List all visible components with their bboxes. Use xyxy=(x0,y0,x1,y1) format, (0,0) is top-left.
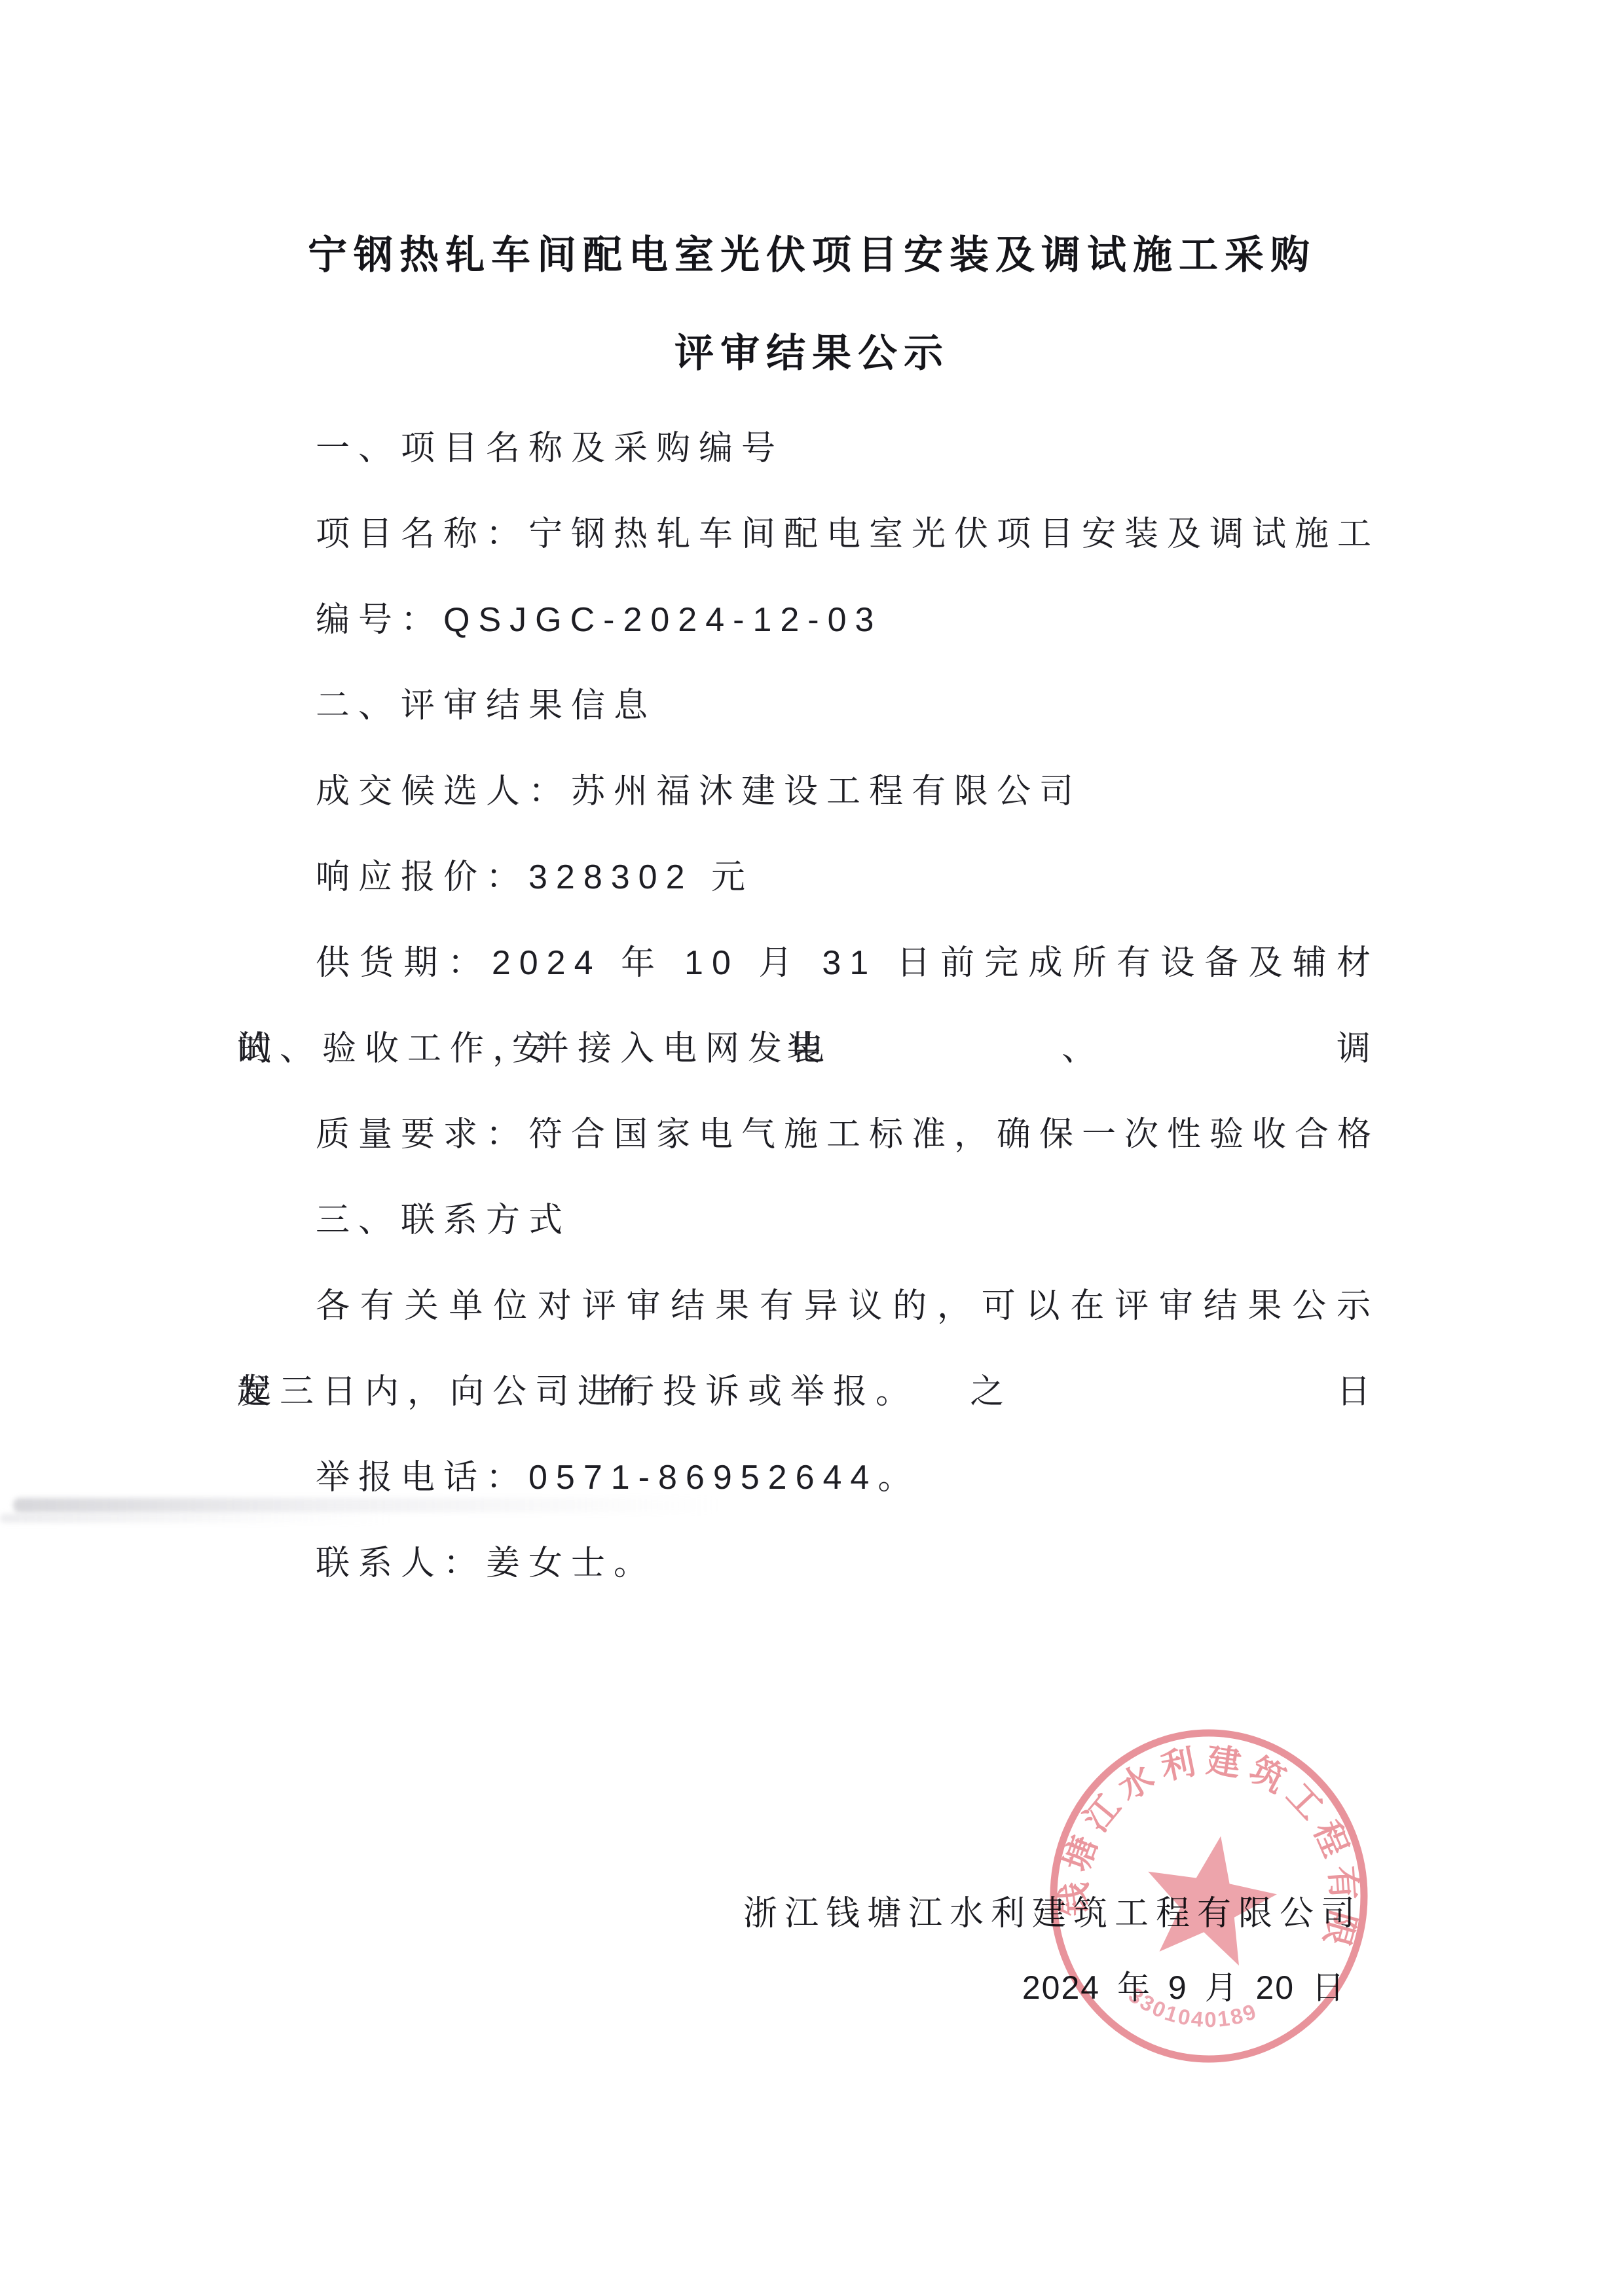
section3-heading: 三、联系方式 xyxy=(237,1178,1379,1264)
project-name-line: 项目名称：宁钢热轧车间配电室光伏项目安装及调试施工 xyxy=(237,492,1379,577)
seal-serial-number: 3301040189 xyxy=(1122,1981,1264,2040)
document-title: 宁钢热轧车间配电室光伏项目安装及调试施工采购 评审结果公示 xyxy=(0,206,1624,403)
bid-price-line: 响应报价：328302 元 xyxy=(237,835,1379,920)
section2-heading: 二、评审结果信息 xyxy=(237,663,1379,749)
contact-person-line: 联系人：姜女士。 xyxy=(237,1521,1379,1607)
document-page: 宁钢热轧车间配电室光伏项目安装及调试施工采购 评审结果公示 一、项目名称及采购编… xyxy=(0,0,1624,2296)
objection-line-1: 各有关单位对评审结果有异议的，可以在评审结果公示发布之日 xyxy=(237,1264,1379,1349)
document-body: 一、项目名称及采购编号 项目名称：宁钢热轧车间配电室光伏项目安装及调试施工 编号… xyxy=(237,406,1379,1607)
company-seal-stamp: 浙江钱塘江水利建筑工程有限公司 3301040189 xyxy=(1039,1719,1379,2073)
title-line-1: 宁钢热轧车间配电室光伏项目安装及调试施工采购 xyxy=(0,206,1624,304)
title-line-2: 评审结果公示 xyxy=(0,304,1624,403)
svg-text:3301040189: 3301040189 xyxy=(1122,1981,1264,2040)
winning-candidate-line: 成交候选人：苏州福沐建设工程有限公司 xyxy=(237,749,1379,835)
procurement-number-line: 编号：QSJGC-2024-12-03 xyxy=(237,577,1379,663)
quality-requirement-line: 质量要求：符合国家电气施工标准，确保一次性验收合格 xyxy=(237,1092,1379,1178)
star-icon xyxy=(1148,1836,1277,1966)
section1-heading: 一、项目名称及采购编号 xyxy=(237,406,1379,492)
scan-artifact-streak xyxy=(13,1498,720,1512)
scan-artifact-streak-2 xyxy=(0,1514,393,1523)
delivery-period-line-1: 供货期：2024 年 10 月 31 日前完成所有设备及辅材的安装、调 xyxy=(237,920,1379,1006)
